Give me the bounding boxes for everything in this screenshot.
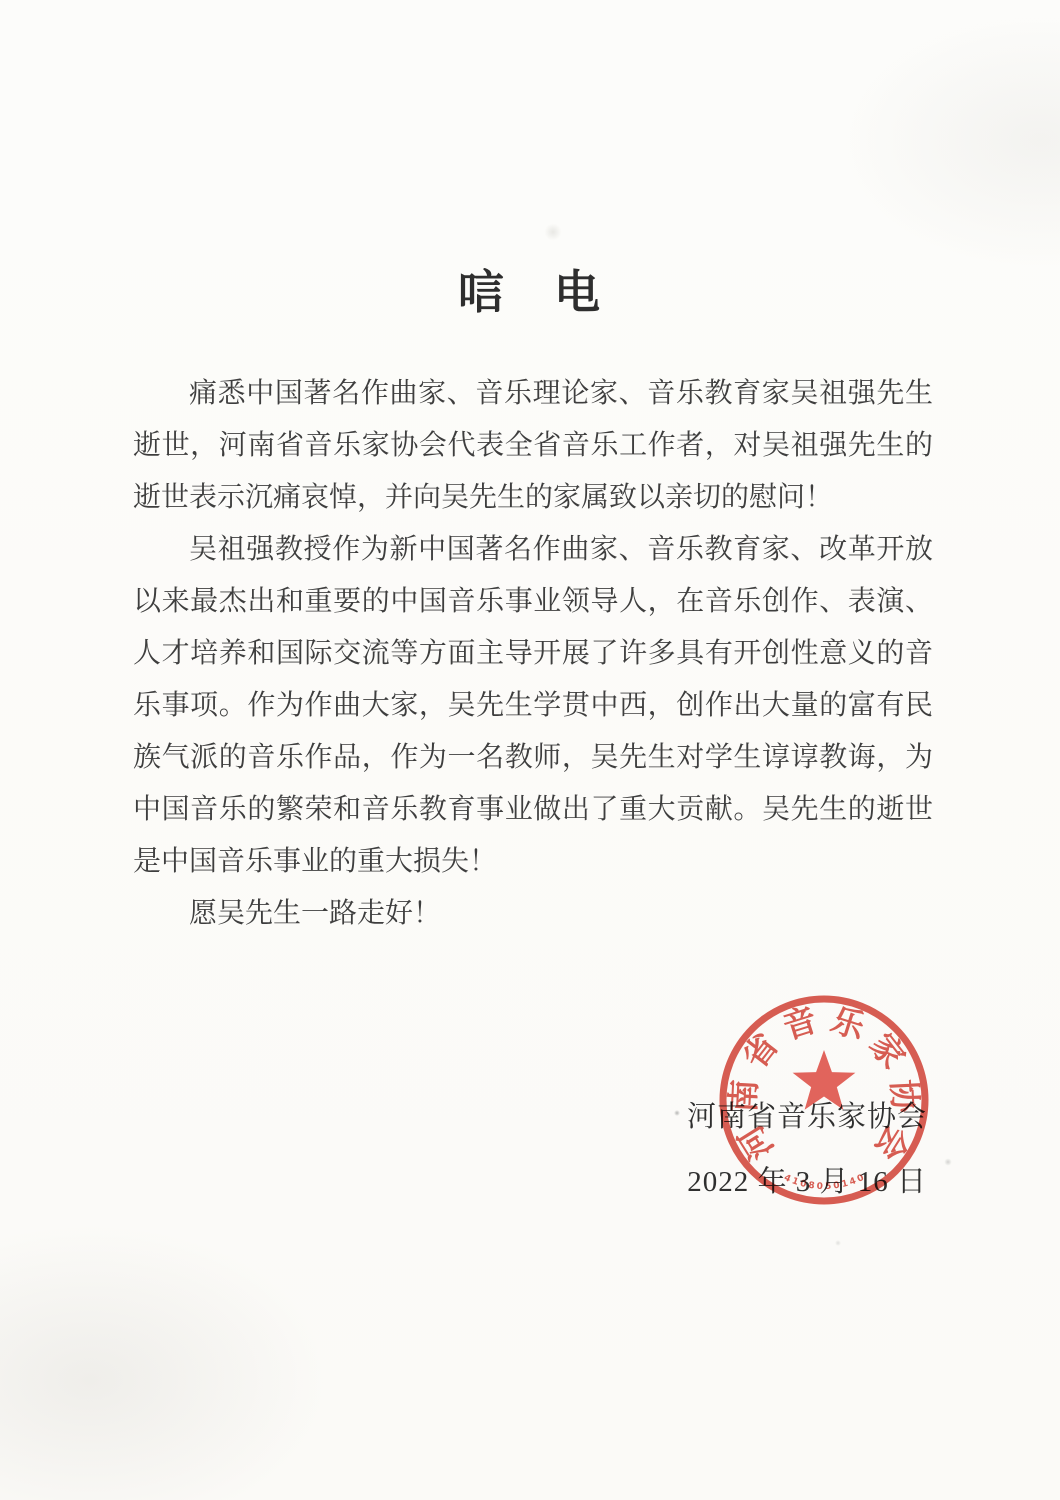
letter-body: 痛悉中国著名作曲家、音乐理论家、音乐教育家吴祖强先生逝世，河南省音乐家协会代表全… [133, 368, 933, 940]
svg-text:乐: 乐 [827, 1002, 871, 1047]
svg-text:家: 家 [862, 1027, 911, 1076]
svg-text:省: 省 [736, 1027, 785, 1076]
paragraph-3: 愿吴先生一路走好！ [133, 888, 933, 940]
paragraph-1: 痛悉中国著名作曲家、音乐理论家、音乐教育家吴祖强先生逝世，河南省音乐家协会代表全… [133, 368, 933, 524]
page-title: 唁 电 [0, 256, 1060, 322]
signature-block: 河南省音乐家协会 2022 年 3 月 16 日 [687, 1094, 927, 1200]
signature-organization: 河南省音乐家协会 [687, 1094, 927, 1135]
svg-text:音: 音 [779, 1002, 822, 1047]
paragraph-2: 吴祖强教授作为新中国著名作曲家、音乐教育家、改革开放以来最杰出和重要的中国音乐事… [133, 524, 933, 888]
signature-date: 2022 年 3 月 16 日 [687, 1159, 927, 1200]
condolence-letter-page: 唁 电 痛悉中国著名作曲家、音乐理论家、音乐教育家吴祖强先生逝世，河南省音乐家协… [0, 0, 1060, 1500]
